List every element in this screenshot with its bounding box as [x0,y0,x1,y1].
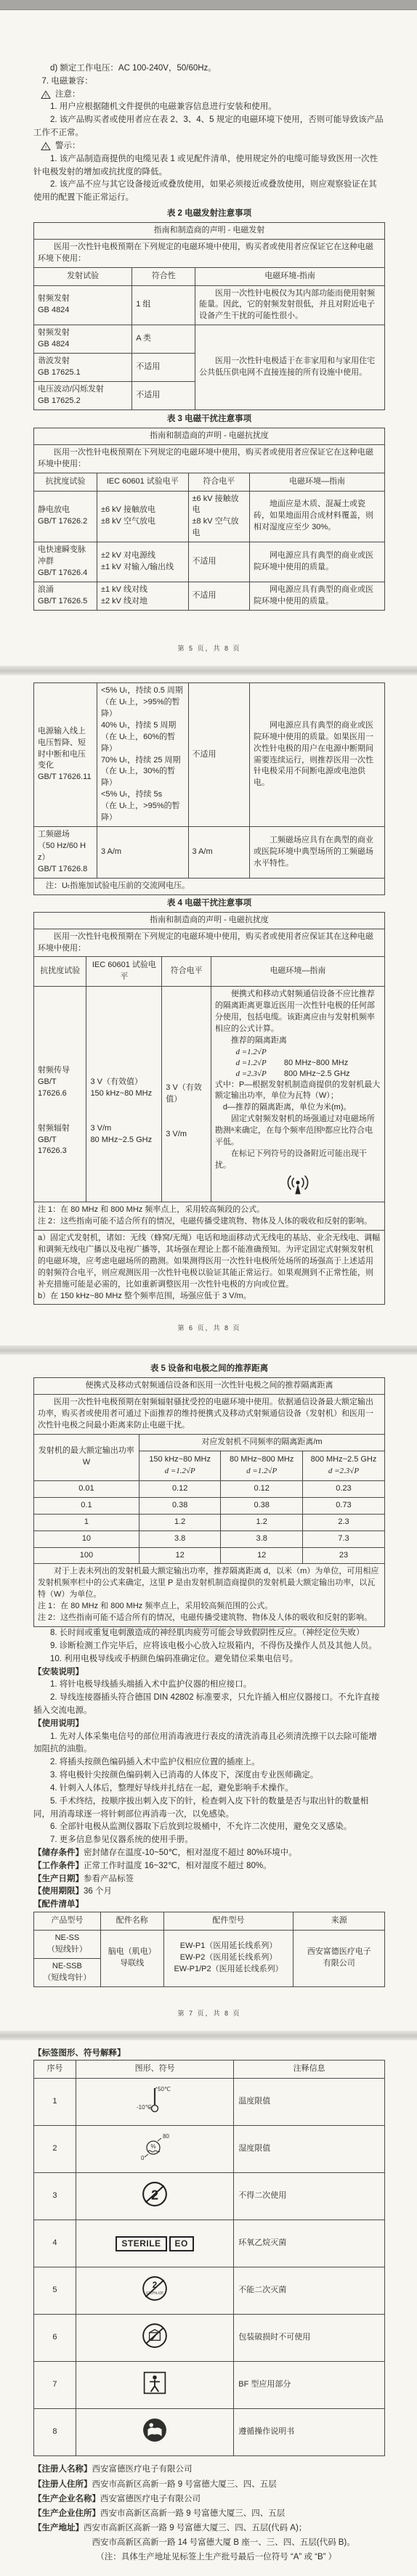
cell: 地面应是木质、混凝土或瓷砖，如果地面用合成材料覆盖，则相对湿度应至少 30%。 [250,491,385,542]
cell: 工频磁场应具有在典型的商业或医院环境中典型场所的工频磁场水平特性。 [250,827,385,879]
table2-title: 表 2 电磁发射注意事项 [33,208,385,221]
type-bf-applied-part-icon [143,2371,166,2394]
table-row: 电快速瞬变脉冲群 GB/T 17626.4 ±2 kV 对电源线 ±1 kV 对… [34,542,385,582]
precaution-item-9: 9. 诊断检测工作完毕后，应将该电极小心放入垃圾箱内，不得伤及操作人员及其他人员… [33,1640,385,1653]
table-row: 0.10.380.380.73 [34,1497,385,1514]
humidity-limit-icon: 80 0 % [135,2131,174,2163]
formula: d =2.3√P [306,1466,381,1477]
formula: d =1.2√P [142,1466,218,1477]
cell: 不适用 [132,354,195,382]
cell-rf-guidance: 便携式和移动式射频通信设备不应比推荐的隔离距离更靠近医用一次性针电极的任何部分使… [211,987,384,1202]
symbols-section-header: 【标签图形、符号解释】 [33,2047,385,2061]
cell: 1 组 [132,285,195,325]
production-address-note: （注：具体生产地址见标签上生产批号最后一位符号 “A” 或 “B” ） [96,2550,385,2564]
table-row: 7 BF 型应用部分 [34,2362,385,2409]
table-row: 5 2 STERILIZE 不能二次灭菌 [34,2267,385,2315]
precaution-item-10: 10. 利用电极导线或手柄颜色编码准确定位。避免错位采集电信号。 [33,1653,385,1666]
caution-item-1: 1. 该产品制造商提供的电缆见表 1 或见配件清单，使用规定外的电缆可能导致医用… [33,153,385,179]
table3-declaration: 指南和制造商的声明 - 电磁抗扰度 [34,428,385,444]
cell: <5% Uₜ，持续 0.5 周期 （在 Uₜ上，>95%的暂降） 40% Uₜ，… [97,682,188,826]
cell: 电压波动/闪烁发射 GB 17625.2 [34,382,132,410]
cell: 网电源应具有典型的商业或医院环境中使用的质量。 [250,542,385,582]
usage-step-6: 6. 全部针电极从监测仪器取下后放到垃圾桶中，不允许二次使用，避免交叉感染。 [33,1821,385,1834]
acc-col-source: 来源 [293,1912,385,1931]
production-date: 【生产日期】参看产品标签 [33,1873,385,1886]
production-address-continued: 西安市高新区高新一路 14 号富德大厦 B 座一、三、四、五层(代码 B)。 [92,2535,386,2550]
usage-step-4: 4. 针刺入人体后，整理好导线并扎结在一起，避免影响手术操作。 [33,1782,385,1796]
notice-item-2: 2. 该产品购买者或使用者应在表 2、3、4、5 规定的电磁环境下使用，否则可能… [33,114,385,140]
page-7: 表 5 设备和电极之间的推荐距离 便携式及移动式射频通信设备和医用一次性针电极之… [0,1355,417,2030]
table5-col-power: 发射机的最大额定输出功率 W [34,1434,139,1480]
cell: 电源输入线上电压暂降、短时中断和电压变化 GB/T 17626.11 [34,682,97,826]
table5-freq-2: 80 MHz~800 MHzd =1.2√P [221,1451,303,1480]
cell: 射频发射 GB 4824 [34,325,132,354]
page-6: 电源输入线上电压暂降、短时中断和电压变化 GB/T 17626.11 <5% U… [0,675,417,1346]
page-5: d) 额定工作电压：AC 100-240V，50/60Hz。 7. 电磁兼容： … [0,10,417,666]
table5-freq-1: 150 kHz~80 MHzd =1.2√P [139,1451,221,1480]
usage-step-3: 3. 将电极针尖按颜色编码刺入已消毒的人体皮下，深度由专业医师确定。 [33,1769,385,1782]
caution-item-2: 2. 该产品不应与其它设备接近或叠放使用，如果必须接近或叠放使用，则应观察验证在… [33,179,385,205]
cell: 不适用 [188,682,250,826]
table4-declaration: 指南和制造商的声明 - 电磁抗扰度 [34,912,385,929]
acc-col-product-model: 产品型号 [34,1912,101,1931]
page-seam [0,1345,417,1355]
scanned-document: d) 额定工作电压：AC 100-240V，50/60Hz。 7. 电磁兼容： … [0,0,417,2576]
table2-emissions: 指南和制造商的声明 - 电磁发射 医用一次性针电极预期在下列规定的电磁环境中使用… [33,222,385,410]
table4-col-test: 抗扰度试验 [34,957,86,987]
table3-col-compliance: 符合电平 [188,473,250,491]
table-row: 1 50℃ -10℃ 温度限值 [34,2079,385,2126]
formula: d =1.2√P [224,1466,299,1477]
table4-col-guidance: 电磁环境—指南 [211,957,384,987]
table-row: 0.010.120.120.23 [34,1480,385,1497]
table4-intro: 医用一次性针电极预期在下列规定的电磁环境中使用，购买者或使用者应保证其在这种电磁… [34,929,385,957]
cell: 电快速瞬变脉冲群 GB/T 17626.4 [34,542,97,582]
rf-antenna-icon [285,1175,311,1195]
formula: d =2.3√P [235,1069,266,1078]
table5-separation-distance: 便携式及移动式射频通信设备和医用一次性针电极之间的推荐隔离距离 医用一次性针电极… [33,1377,385,1627]
cell: 射频发射 GB 4824 [34,285,132,325]
registration-block: 【注册人名称】西安富德医疗电子有限公司 【注册人住所】西安市高新区高新一路 9 … [33,2462,385,2564]
usage-section-header: 【使用说明】 [33,1718,385,1731]
formula: d =1.2√P [235,1048,266,1056]
emc-heading: 7. 电磁兼容： [33,76,385,89]
table3-note: 注：Uₜ指施加试验电压前的交流网电压。 [34,878,385,894]
page-8: 【标签图形、符号解释】 序号 图形、符号 注释信息 1 50℃ -10℃ [0,2040,417,2576]
cell: 静电放电 GB/T 17626.2 [34,491,97,542]
svg-text:%: % [151,2143,156,2150]
table3-intro: 医用一次性针电极预期在下列规定的电磁环境中使用，购买者或使用者应保证它在这种电磁… [34,444,385,473]
table-row: 103.83.87.3 [34,1530,385,1547]
warning-triangle-icon: ! [41,142,51,151]
cell: 网电源应具有典型的商业或医院环境中使用的质量。如果医用一次性针电极的用户在电源中… [250,682,385,826]
table4-rf-immunity: 指南和制造商的声明 - 电磁抗扰度 医用一次性针电极预期在下列规定的电磁环境中使… [33,912,385,1305]
table3-immunity: 指南和制造商的声明 - 电磁抗扰度 医用一次性针电极预期在下列规定的电磁环境中使… [33,428,385,611]
table3-col-guidance: 电磁环境—指南 [250,473,385,491]
table-row: 浪涌 GB/T 17626.5 ±1 kV 线对线 ±2 kV 线对地 不适用 … [34,582,385,611]
do-not-use-if-package-damaged-icon [142,2323,168,2349]
svg-text:!: ! [45,144,46,151]
sym-col-symbol: 图形、符号 [76,2061,233,2079]
install-section-header: 【安装说明】 [33,1666,385,1679]
working-conditions: 【工作条件】正常工作时温度 16~32℃，相对湿度不超过 80%。 [33,1860,385,1873]
install-step-1: 1. 将针电极导线插头端插入术中监护仪器的相应接口。 [33,1679,385,1692]
table-row: 射频发射 GB 4824 A 类 医用一次性针电极适于在非家用和与家用住宅公共低… [34,325,385,354]
cell-rf-compliance: 3 V（有效 值） 3 V/m [162,987,211,1202]
table2-col-test: 发射试验 [34,267,132,285]
sym-col-meaning: 注释信息 [234,2061,385,2079]
table-row: NE-SS （短线针） 脑电（肌电） 导联线 EW-P1（医用延长线系列） EW… [34,1930,385,1958]
scan-top-edge [0,0,417,10]
table-row: 11.21.22.3 [34,1514,385,1530]
registrant-address: 【注册人住所】西安市高新区高新一路 9 号富德大厦三、四、五层 [33,2477,385,2492]
table-row: 射频传导 GB/T 17626.6 射频辐射 GB/T 17626.3 3 V（… [34,987,385,1202]
install-step-2: 2. 导线连接器插头符合德国 DIN 42802 标准要求，只允许插入相应仪器接… [33,1692,385,1718]
symbols-table: 序号 图形、符号 注释信息 1 50℃ -10℃ 温度限值 [33,2060,385,2456]
table2-intro: 医用一次性针电极预期在下列规定的电磁环境中使用，购买者或使用者应保证它在这种电磁… [34,239,385,267]
table4-col-level: IEC 60601 试验电平 [86,957,162,987]
table-row: 射频发射 GB 4824 1 组 医用一次性针电极仅为其内部功能而使用射频能量。… [34,285,385,325]
acc-col-part-model: 配件型号 [163,1912,293,1931]
table-row: 4 STERILE EO 环氧乙烷灭菌 [34,2220,385,2267]
do-not-reuse-icon: 2 [142,2181,168,2207]
cell: 不适用 [132,382,195,410]
table3-immunity-continued: 电源输入线上电压暂降、短时中断和电压变化 GB/T 17626.11 <5% U… [33,682,385,895]
sym-col-no: 序号 [34,2061,76,2079]
table-row: 2 80 0 % 湿度限值 [34,2126,385,2173]
shelf-life: 【使用期限】36 个月 [33,1886,385,1899]
table5-span-header: 对应发射机不同频率的隔离距离/m [139,1434,384,1451]
table2-col-compliance: 符合性 [132,267,195,285]
table2-declaration: 指南和制造商的声明 - 电磁发射 [34,222,385,239]
production-address: 【生产地址】西安市高新区高新一路 9 号富德大厦三、四、五层(代码 A)； [33,2521,385,2535]
page-number: 第 7 页，共 8 页 [33,2009,385,2019]
cell-merged-guidance: 医用一次性针电极适于在非家用和与家用住宅公共低压供电网不直接连接的所有设施中使用… [195,325,385,410]
precaution-item-8: 8. 长时间或重复电刺激造成的神经肌肉疲劳可能会导致假阴性反应。（神经定位失败） [33,1627,385,1640]
cell-rf-tests: 射频传导 GB/T 17626.6 射频辐射 GB/T 17626.3 [34,987,86,1202]
usage-step-7: 7. 更多信息参见仪器系统的使用手册。 [33,1834,385,1847]
cell: 网电源应具有典型的商业或医院环境中使用的质量。 [250,582,385,611]
table4-notes: 注 1：在 80 MHz 和 800 MHz 频率点上，采用较高频段的公式。 注… [34,1202,385,1230]
table4-col-compliance: 符合电平 [162,957,211,987]
storage-conditions: 【储存条件】密封储存在温度-10~50℃，相对湿度不超过 80%环境中。 [33,1847,385,1860]
svg-text:80: 80 [163,2133,169,2140]
cell: 工频磁场 （50 Hz/60 Hz） GB/T 17626.8 [34,827,97,879]
table5-title: 表 5 设备和电极之间的推荐距离 [33,1363,385,1376]
page-seam [0,666,417,675]
table4-title: 表 4 电磁干扰注意事项 [33,897,385,910]
notice-label: 注意： [55,89,81,102]
page-number: 第 6 页，共 8 页 [33,1324,385,1334]
usage-step-2: 2. 将插头按颜色编码插入术中监护仪相应位置的插座上。 [33,1756,385,1769]
table-row: 电源输入线上电压暂降、短时中断和电压变化 GB/T 17626.11 <5% U… [34,682,385,826]
manufacturer-address: 【生产企业住所】西安市高新区高新一路 9 号富德大厦三、四、五层 [33,2506,385,2521]
cell: 3 A/m [188,827,250,879]
usage-step-1: 1. 先对人体采集电信号的部位用消毒液进行表皮的清洗消毒且必须清洗擦干以去除可能… [33,1731,385,1757]
cell: 浪涌 GB/T 17626.5 [34,582,97,611]
table2-col-guidance: 电磁环境-指南 [195,267,385,285]
sterile-eo-icon: STERILE EO [116,2236,194,2251]
table-row: 100121223 [34,1547,385,1564]
page-seam [0,2031,417,2040]
cell: ±6 kV 接触放电 ±8 kV 空气放电 [188,491,250,542]
page-number: 第 5 页，共 8 页 [33,644,385,654]
cell: 不适用 [188,582,250,611]
caution-line: ! 警示： [41,140,385,153]
table-row: 8 遵循操作说明书 [34,2409,385,2456]
cell-rf-levels: 3 V（有效值） 150 kHz~80 MHz 3 V/m 80 MHz~2.5… [86,987,162,1202]
svg-text:50℃: 50℃ [158,2086,171,2092]
cell: 医用一次性针电极仅为其内部功能而使用射频能量。因此，它的射频发射很低，并且对附近… [195,285,385,325]
notice-line: ! 注意： [41,89,385,102]
table3-col-test: 抗扰度试验 [34,473,97,491]
cell: A 类 [132,325,195,354]
table-row: 3 2 不得二次使用 [34,2173,385,2220]
manufacturer-name: 【生产企业名称】西安富德医疗电子有限公司 [33,2492,385,2506]
rated-voltage-line: d) 额定工作电压：AC 100-240V，50/60Hz。 [33,62,385,76]
cell: 不适用 [188,542,250,582]
table-row: 6 包装破损时不可使用 [34,2315,385,2362]
table4-footnotes: a）固定式发射机，诸如：无线（蜂窝/无绳）电话和地面移动式无线电的基站、业余无线… [34,1230,385,1305]
accessories-table: 产品型号 配件名称 配件型号 来源 NE-SS （短线针） 脑电（肌电） 导联线… [33,1912,385,1987]
table5-freq-3: 800 MHz~2.5 GHzd =2.3√P [302,1451,384,1480]
notice-item-1: 1. 用户应根据随机文件提供的电磁兼容信息进行安装和使用。 [33,101,385,114]
table5-notes: 对于上表未列出的发射机最大额定输出功率，推荐隔离距离 d，以米（m）为单位，可用… [34,1564,385,1627]
table3-col-level: IEC 60601 试验电平 [97,473,188,491]
cell: 谐波发射 GB 17625.1 [34,354,132,382]
table5-intro: 医用一次性针电极预期在射频辐射骚扰受控的电磁环境中使用。依据通信设备最大额定输出… [34,1395,385,1435]
table3-title: 表 3 电磁干扰注意事项 [33,413,385,426]
svg-text:!: ! [45,93,46,99]
accessories-section-header: 【配件清单】 [33,1899,385,1912]
registrant-name: 【注册人名称】西安富德医疗电子有限公司 [33,2462,385,2477]
do-not-resterilize-icon: 2 STERILIZE [142,2275,168,2302]
svg-text:0: 0 [141,2155,145,2161]
caution-label: 警示： [55,140,81,153]
temperature-limit-icon: 50℃ -10℃ [135,2084,174,2115]
table5-subtitle: 便携式及移动式射频通信设备和医用一次性针电极之间的推荐隔离距离 [34,1378,385,1395]
cell: 3 A/m [97,827,188,879]
formula: d =1.2√P [235,1059,266,1067]
follow-instructions-icon [142,2418,167,2442]
cell: ±2 kV 对电源线 ±1 kV 对输入/输出线 [97,542,188,582]
table-row: 工频磁场 （50 Hz/60 Hz） GB/T 17626.8 3 A/m 3 … [34,827,385,879]
table-row: 静电放电 GB/T 17626.2 ±6 kV 接触放电 ±8 kV 空气放电 … [34,491,385,542]
cell: ±6 kV 接触放电 ±8 kV 空气放电 [97,491,188,542]
cell: ±1 kV 线对线 ±2 kV 线对地 [97,582,188,611]
warning-triangle-icon: ! [41,90,51,99]
usage-step-5: 5. 手术终结，按顺序拔出刺入皮下的针，检查刺入皮下针的数量是否与取出针的数量相… [33,1796,385,1822]
acc-col-part-name: 配件名称 [100,1912,163,1931]
